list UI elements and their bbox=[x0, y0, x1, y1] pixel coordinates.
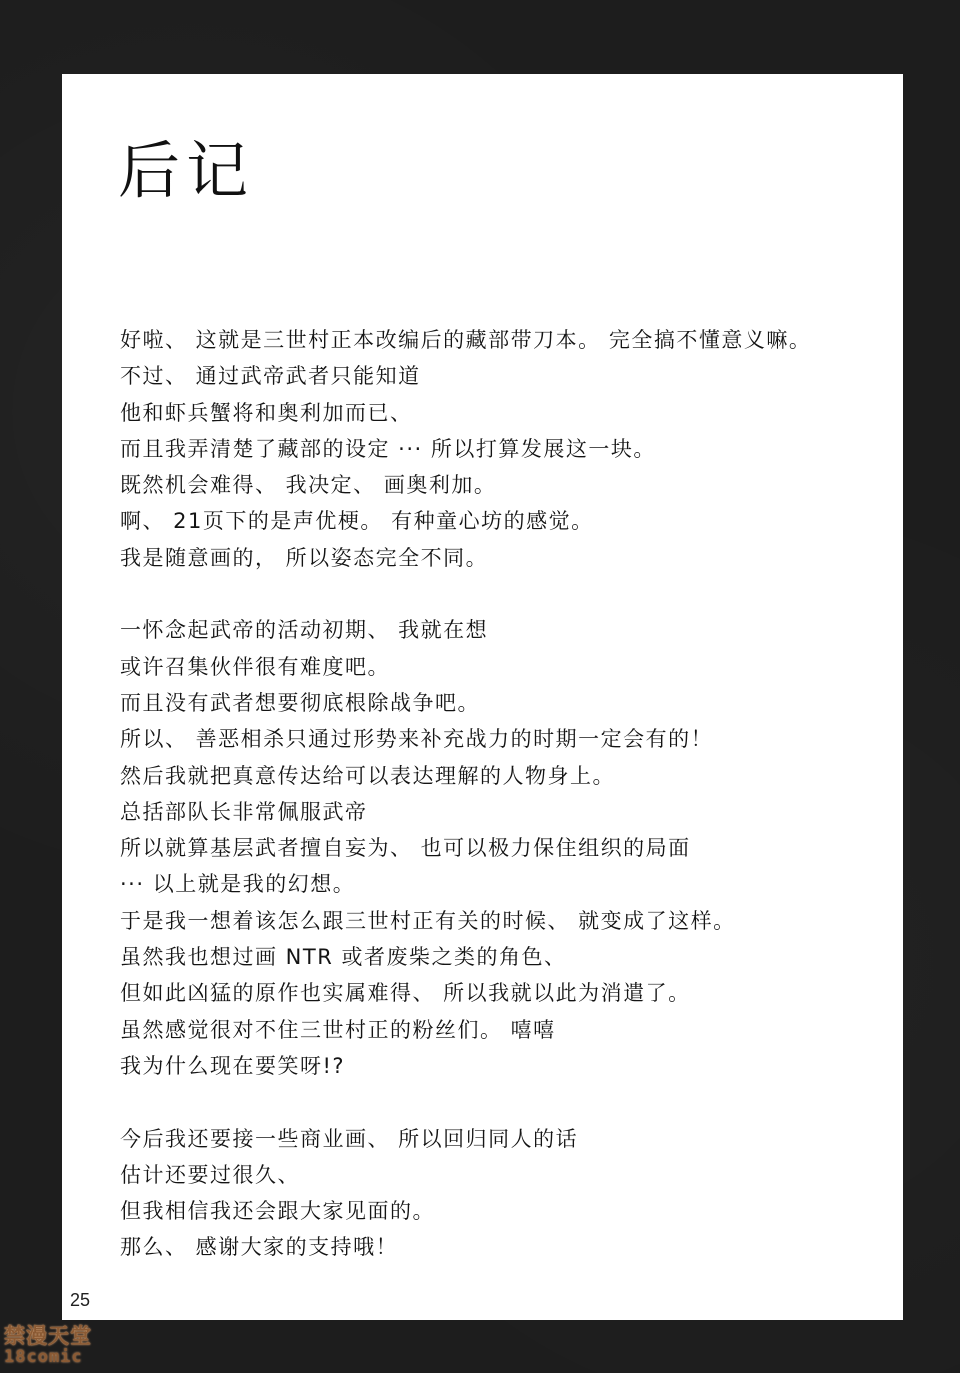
text-line: 然后我就把真意传达给可以表达理解的人物身上。 bbox=[120, 758, 900, 794]
text-line: 估计还要过很久、 bbox=[120, 1157, 900, 1193]
text-line: 既然机会难得、 我决定、 画奥利加。 bbox=[120, 467, 900, 503]
paragraph-3: 今后我还要接一些商业画、 所以回归同人的话 估计还要过很久、 但我相信我还会跟大… bbox=[120, 1121, 900, 1266]
text-line: 所以就算基层武者擅自妄为、 也可以极力保住组织的局面 bbox=[120, 830, 900, 866]
text-line: 好啦、 这就是三世村正本改编后的藏部带刀本。 完全搞不懂意义嘛。 bbox=[120, 322, 900, 358]
text-line: 总括部队长非常佩服武帝 bbox=[120, 794, 900, 830]
text-line: 他和虾兵蟹将和奥利加而已、 bbox=[120, 395, 900, 431]
text-line: 而且没有武者想要彻底根除战争吧。 bbox=[120, 685, 900, 721]
afterword-body: 好啦、 这就是三世村正本改编后的藏部带刀本。 完全搞不懂意义嘛。 不过、 通过武… bbox=[120, 322, 900, 1266]
watermark-english-text: 18comic bbox=[4, 1349, 108, 1366]
paragraph-1: 好啦、 这就是三世村正本改编后的藏部带刀本。 完全搞不懂意义嘛。 不过、 通过武… bbox=[120, 322, 900, 576]
paragraph-2: 一怀念起武帝的活动初期、 我就在想 或许召集伙伴很有难度吧。 而且没有武者想要彻… bbox=[120, 612, 900, 1084]
site-watermark-logo: 禁漫天堂 18comic bbox=[4, 1326, 108, 1371]
text-line: 不过、 通过武帝武者只能知道 bbox=[120, 358, 900, 394]
text-line: ··· 以上就是我的幻想。 bbox=[120, 866, 900, 902]
text-line: 今后我还要接一些商业画、 所以回归同人的话 bbox=[120, 1121, 900, 1157]
text-line: 虽然我也想过画 NTR 或者废柴之类的角色、 bbox=[120, 939, 900, 975]
text-line: 或许召集伙伴很有难度吧。 bbox=[120, 649, 900, 685]
text-line: 我是随意画的， 所以姿态完全不同。 bbox=[120, 540, 900, 576]
text-line: 于是我一想着该怎么跟三世村正有关的时候、 就变成了这样。 bbox=[120, 903, 900, 939]
text-line: 虽然感觉很对不住三世村正的粉丝们。 嘻嘻 bbox=[120, 1012, 900, 1048]
text-line: 那么、 感谢大家的支持哦！ bbox=[120, 1229, 900, 1265]
text-line: 但我相信我还会跟大家见面的。 bbox=[120, 1193, 900, 1229]
page-title: 后记 bbox=[118, 140, 254, 202]
text-line: 但如此凶猛的原作也实属难得、 所以我就以此为消遣了。 bbox=[120, 975, 900, 1011]
text-line: 所以、 善恶相杀只通过形势来补充战力的时期一定会有的！ bbox=[120, 721, 900, 757]
afterword-page: 后记 好啦、 这就是三世村正本改编后的藏部带刀本。 完全搞不懂意义嘛。 不过、 … bbox=[62, 74, 903, 1320]
text-line: 一怀念起武帝的活动初期、 我就在想 bbox=[120, 612, 900, 648]
watermark-chinese-text: 禁漫天堂 bbox=[4, 1326, 108, 1347]
text-line: 啊、 21页下的是声优梗。 有种童心坊的感觉。 bbox=[120, 503, 900, 539]
page-number: 25 bbox=[70, 1290, 90, 1311]
text-line: 而且我弄清楚了藏部的设定 ··· 所以打算发展这一块。 bbox=[120, 431, 900, 467]
text-line: 我为什么现在要笑呀!? bbox=[120, 1048, 900, 1084]
